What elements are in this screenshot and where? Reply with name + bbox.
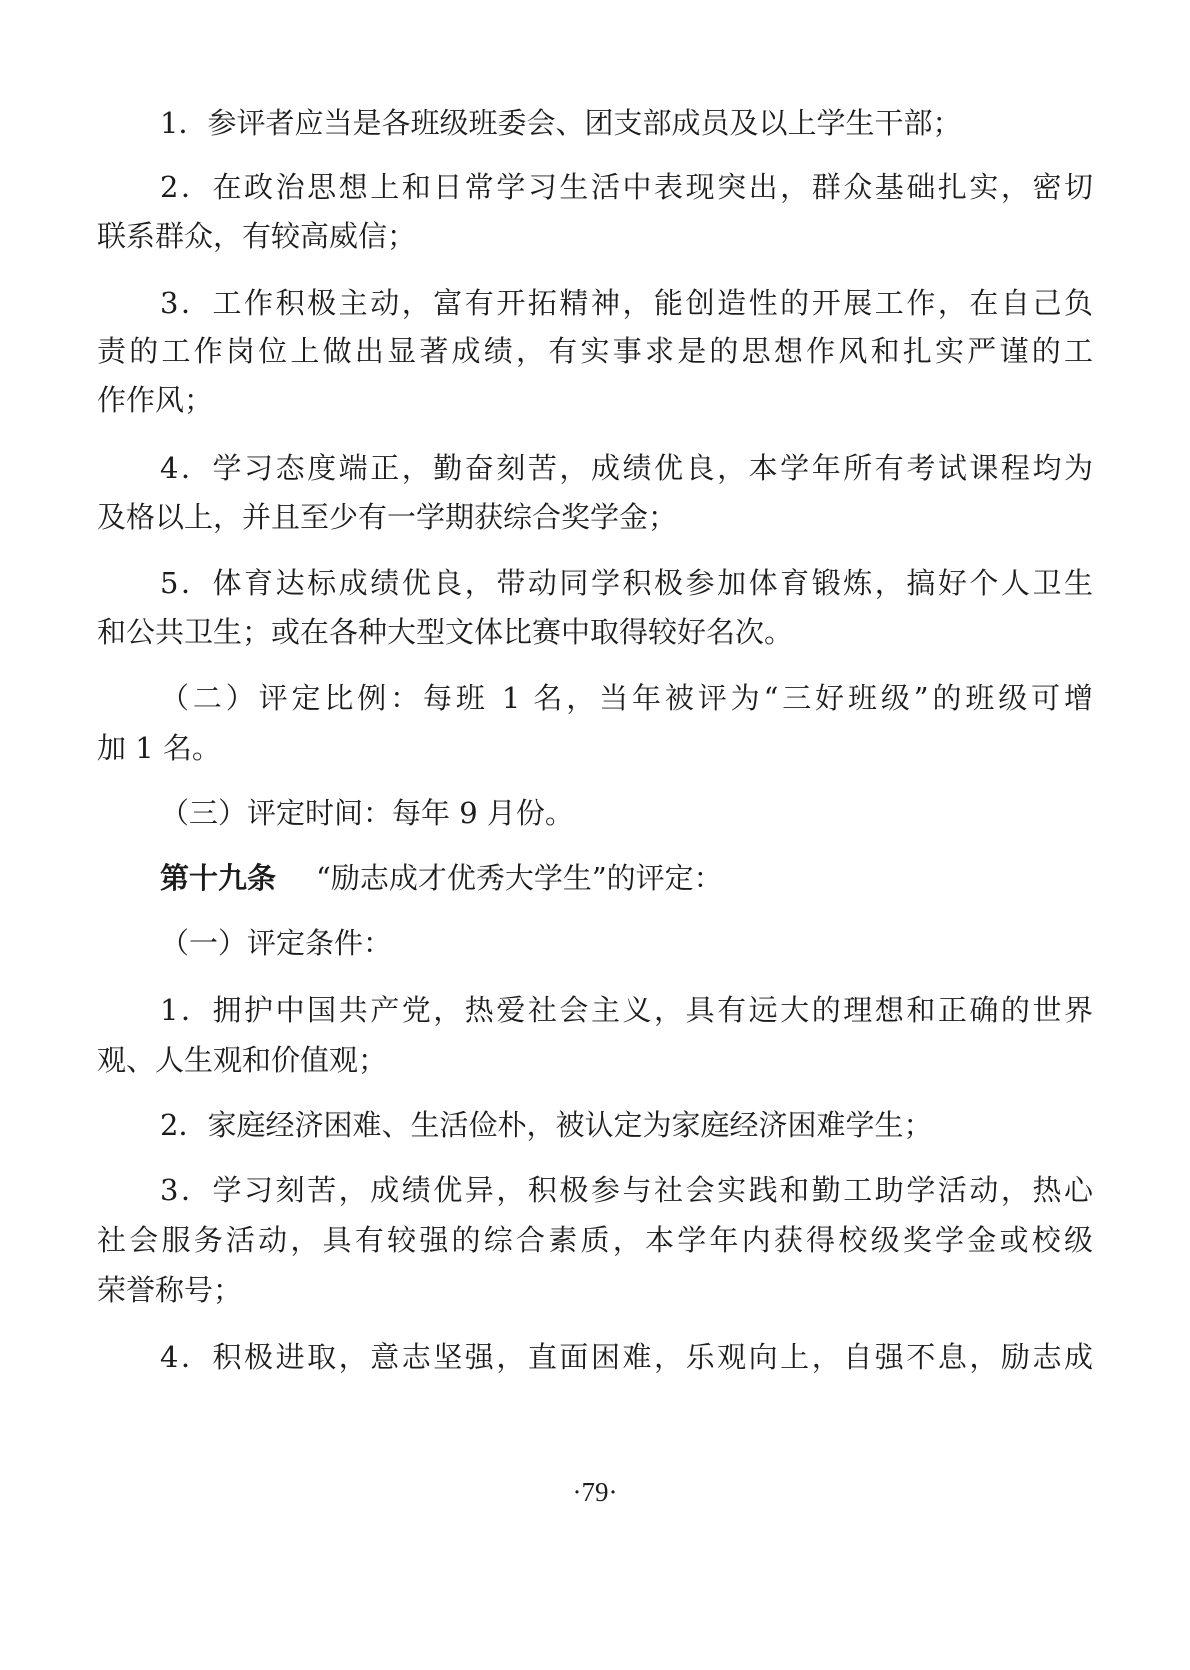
condition-item-1-line-2: 观、人生观和价值观； — [97, 1040, 1093, 1080]
criteria-item-2-line-1: 2．在政治思想上和日常学习生活中表现突出，群众基础扎实，密切 — [160, 167, 1093, 207]
criteria-item-3-line-3: 作作风； — [97, 380, 1093, 420]
criteria-item-3-line-1: 3．工作积极主动，富有开拓精神，能创造性的开展工作，在自己负 — [160, 283, 1093, 323]
criteria-item-5-line-2: 和公共卫生；或在各种大型文体比赛中取得较好名次。 — [97, 612, 1093, 652]
condition-item-3-line-2: 社会服务活动，具有较强的综合素质，本学年内获得校级奖学金或校级 — [97, 1220, 1093, 1260]
condition-item-2-line-1: 2．家庭经济困难、生活俭朴，被认定为家庭经济困难学生； — [160, 1105, 1093, 1145]
page-number: ·79· — [0, 1472, 1190, 1512]
condition-item-4-line-1: 4．积极进取，意志坚强，直面困难，乐观向上，自强不息，励志成 — [160, 1337, 1093, 1377]
condition-item-1-line-1: 1．拥护中国共产党，热爱社会主义，具有远大的理想和正确的世界 — [160, 990, 1093, 1030]
article-number: 第十九条 — [160, 861, 276, 895]
criteria-item-1-line-1: 1．参评者应当是各班级班委会、团支部成员及以上学生干部； — [160, 103, 1093, 143]
conditions-subheading: （一）评定条件： — [160, 923, 1093, 963]
timing-clause: （三）评定时间：每年 9 月份。 — [160, 793, 1093, 833]
article-title: “励志成才优秀大学生”的评定： — [316, 861, 723, 895]
criteria-item-2-line-2: 联系群众，有较高威信； — [97, 216, 1093, 256]
article-19-heading: 第十九条“励志成才优秀大学生”的评定： — [160, 858, 1093, 898]
criteria-item-5-line-1: 5．体育达标成绩优良，带动同学积极参加体育锻炼，搞好个人卫生 — [160, 563, 1093, 603]
criteria-item-4-line-1: 4．学习态度端正，勤奋刻苦，成绩优良，本学年所有考试课程均为 — [160, 448, 1093, 488]
ratio-clause-line-1: （二）评定比例：每班 1 名，当年被评为“三好班级”的班级可增 — [160, 678, 1093, 718]
ratio-clause-line-2: 加 1 名。 — [97, 728, 1093, 768]
document-page: 1．参评者应当是各班级班委会、团支部成员及以上学生干部； 2．在政治思想上和日常… — [0, 0, 1190, 1670]
criteria-item-4-line-2: 及格以上，并且至少有一学期获综合奖学金； — [97, 497, 1093, 537]
condition-item-3-line-1: 3．学习刻苦，成绩优异，积极参与社会实践和勤工助学活动，热心 — [160, 1170, 1093, 1210]
condition-item-3-line-3: 荣誉称号； — [97, 1270, 1093, 1310]
criteria-item-3-line-2: 责的工作岗位上做出显著成绩，有实事求是的思想作风和扎实严谨的工 — [97, 331, 1093, 371]
